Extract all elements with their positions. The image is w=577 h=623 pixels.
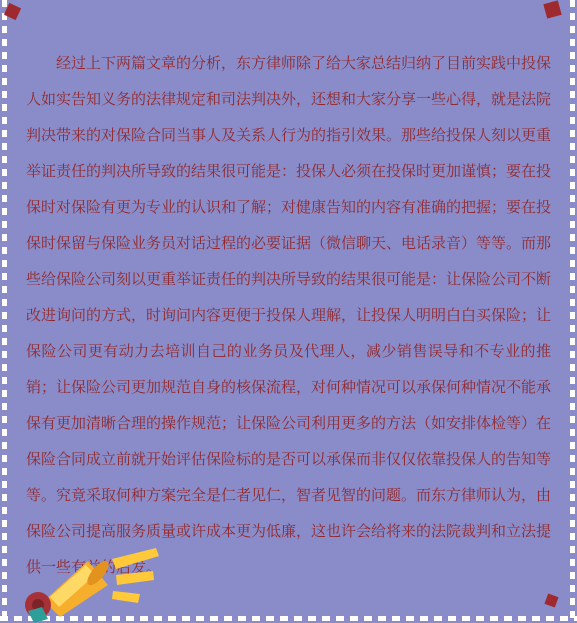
corner-mark-bottom-right (544, 593, 558, 607)
dashed-border-right (570, 0, 575, 623)
paragraph-line: 改进询问的方式，时询问内容更便于投保人理解，让投保人明明白白买保险；让 (26, 297, 551, 333)
corner-mark-top-right (543, 0, 561, 18)
paragraph-line: 人如实告知义务的法律规定和司法判决外，还想和大家分享一些心得，就是法院 (26, 81, 551, 117)
megaphone-ray-middle (116, 571, 154, 585)
paragraph-line: 保险合同成立前就开始评估保险标的是否可以承保而非仅仅依靠投保人的告知等 (26, 441, 551, 477)
megaphone-ray-top (112, 548, 159, 569)
paragraph-line: 保险公司更有动力去培训自己的业务员及代理人，减少销售误导和不专业的推 (26, 333, 551, 369)
megaphone-icon (16, 545, 166, 623)
article-paragraph: 经过上下两篇文章的分析，东方律师除了给大家总结归纳了目前实践中投保人如实告知义务… (26, 45, 551, 585)
paragraph-line: 经过上下两篇文章的分析，东方律师除了给大家总结归纳了目前实践中投保 (26, 45, 551, 81)
paragraph-line: 销；让保险公司更加规范自身的核保流程，对何种情况可以承保何种情况不能承 (26, 369, 551, 405)
paragraph-line: 等。究竟采取何种方案完全是仁者见仁，智者见智的问题。而东方律师认为，由 (26, 477, 551, 513)
paragraph-line: 保时对保险有更为专业的认识和了解；对健康告知的内容有准确的把握；要在投 (26, 189, 551, 225)
paragraph-line: 些给保险公司刻以更重举证责任的判决所导致的结果很可能是：让保险公司不断 (26, 261, 551, 297)
paragraph-line: 判决带来的对保险合同当事人及关系人行为的指引效果。那些给投保人刻以更重 (26, 117, 551, 153)
dashed-border-left (2, 0, 7, 623)
paragraph-line: 保险公司提高服务质量或许成本更为低廉，这也许会给将来的法院裁判和立法提 (26, 513, 551, 549)
paragraph-line: 保有更加清晰合理的操作规范；让保险公司利用更多的方法（如安排体检等）在 (26, 405, 551, 441)
paragraph-line: 保时保留与保险业务员对话过程的必要证据（微信聊天、电话录音）等等。而那 (26, 225, 551, 261)
megaphone-ray-bottom (112, 591, 140, 603)
article-page: 经过上下两篇文章的分析，东方律师除了给大家总结归纳了目前实践中投保人如实告知义务… (0, 0, 577, 623)
paragraph-line: 举证责任的判决所导致的结果很可能是：投保人必须在投保时更加谨慎；要在投 (26, 153, 551, 189)
